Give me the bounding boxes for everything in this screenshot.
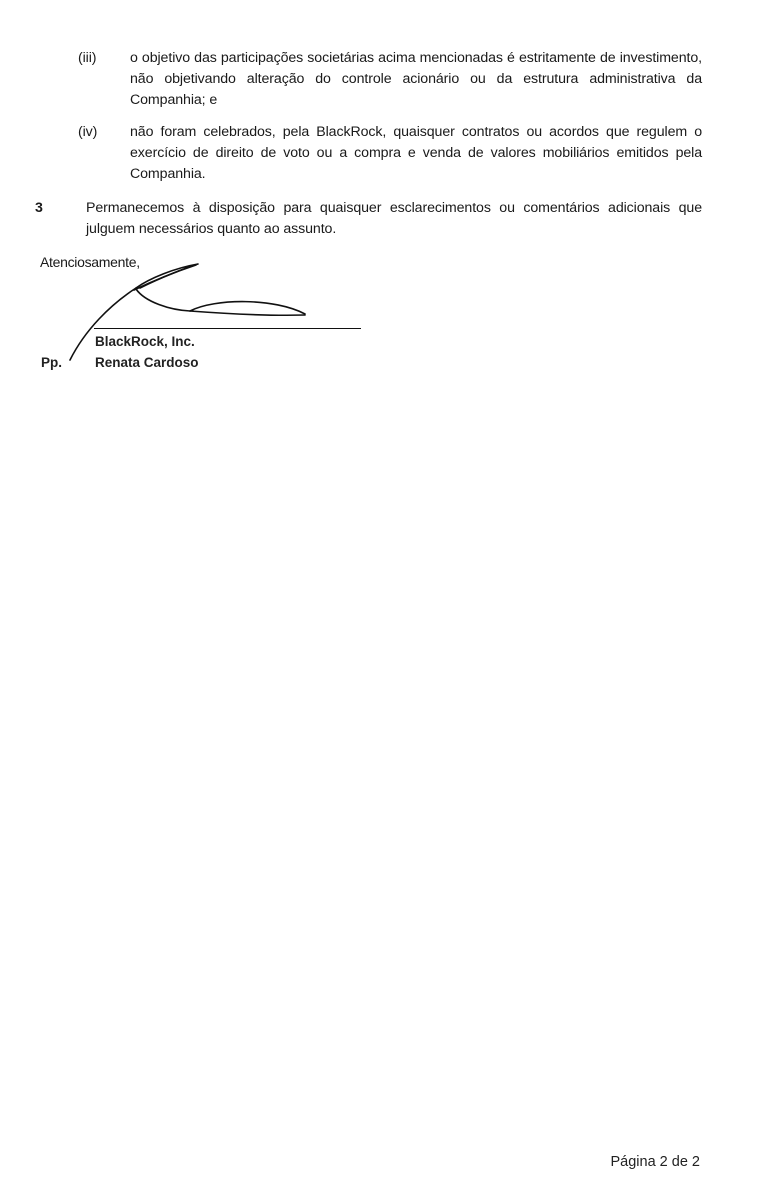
section-text: Permanecemos à disposição para quaisquer…: [86, 198, 702, 240]
closing-salutation: Atenciosamente,: [40, 252, 140, 272]
signatory-company: BlackRock, Inc.: [95, 333, 195, 351]
item-label: (iii): [78, 48, 96, 69]
signature-line: [94, 328, 361, 329]
list-item-iv: (iv) não foram celebrados, pela BlackRoc…: [78, 122, 702, 188]
list-item-iii: (iii) o objetivo das participações socie…: [78, 48, 702, 114]
signature-prefix: Pp.: [41, 354, 62, 372]
item-text: o objetivo das participações societárias…: [130, 48, 702, 111]
item-text: não foram celebrados, pela BlackRock, qu…: [130, 122, 702, 185]
section-number: 3: [35, 198, 43, 219]
page-number: Página 2 de 2: [611, 1152, 701, 1172]
item-label: (iv): [78, 122, 97, 143]
section-3: 3 Permanecemos à disposição para quaisqu…: [35, 198, 702, 242]
document-page: (iii) o objetivo das participações socie…: [0, 0, 760, 1182]
signatory-name: Renata Cardoso: [95, 354, 199, 372]
